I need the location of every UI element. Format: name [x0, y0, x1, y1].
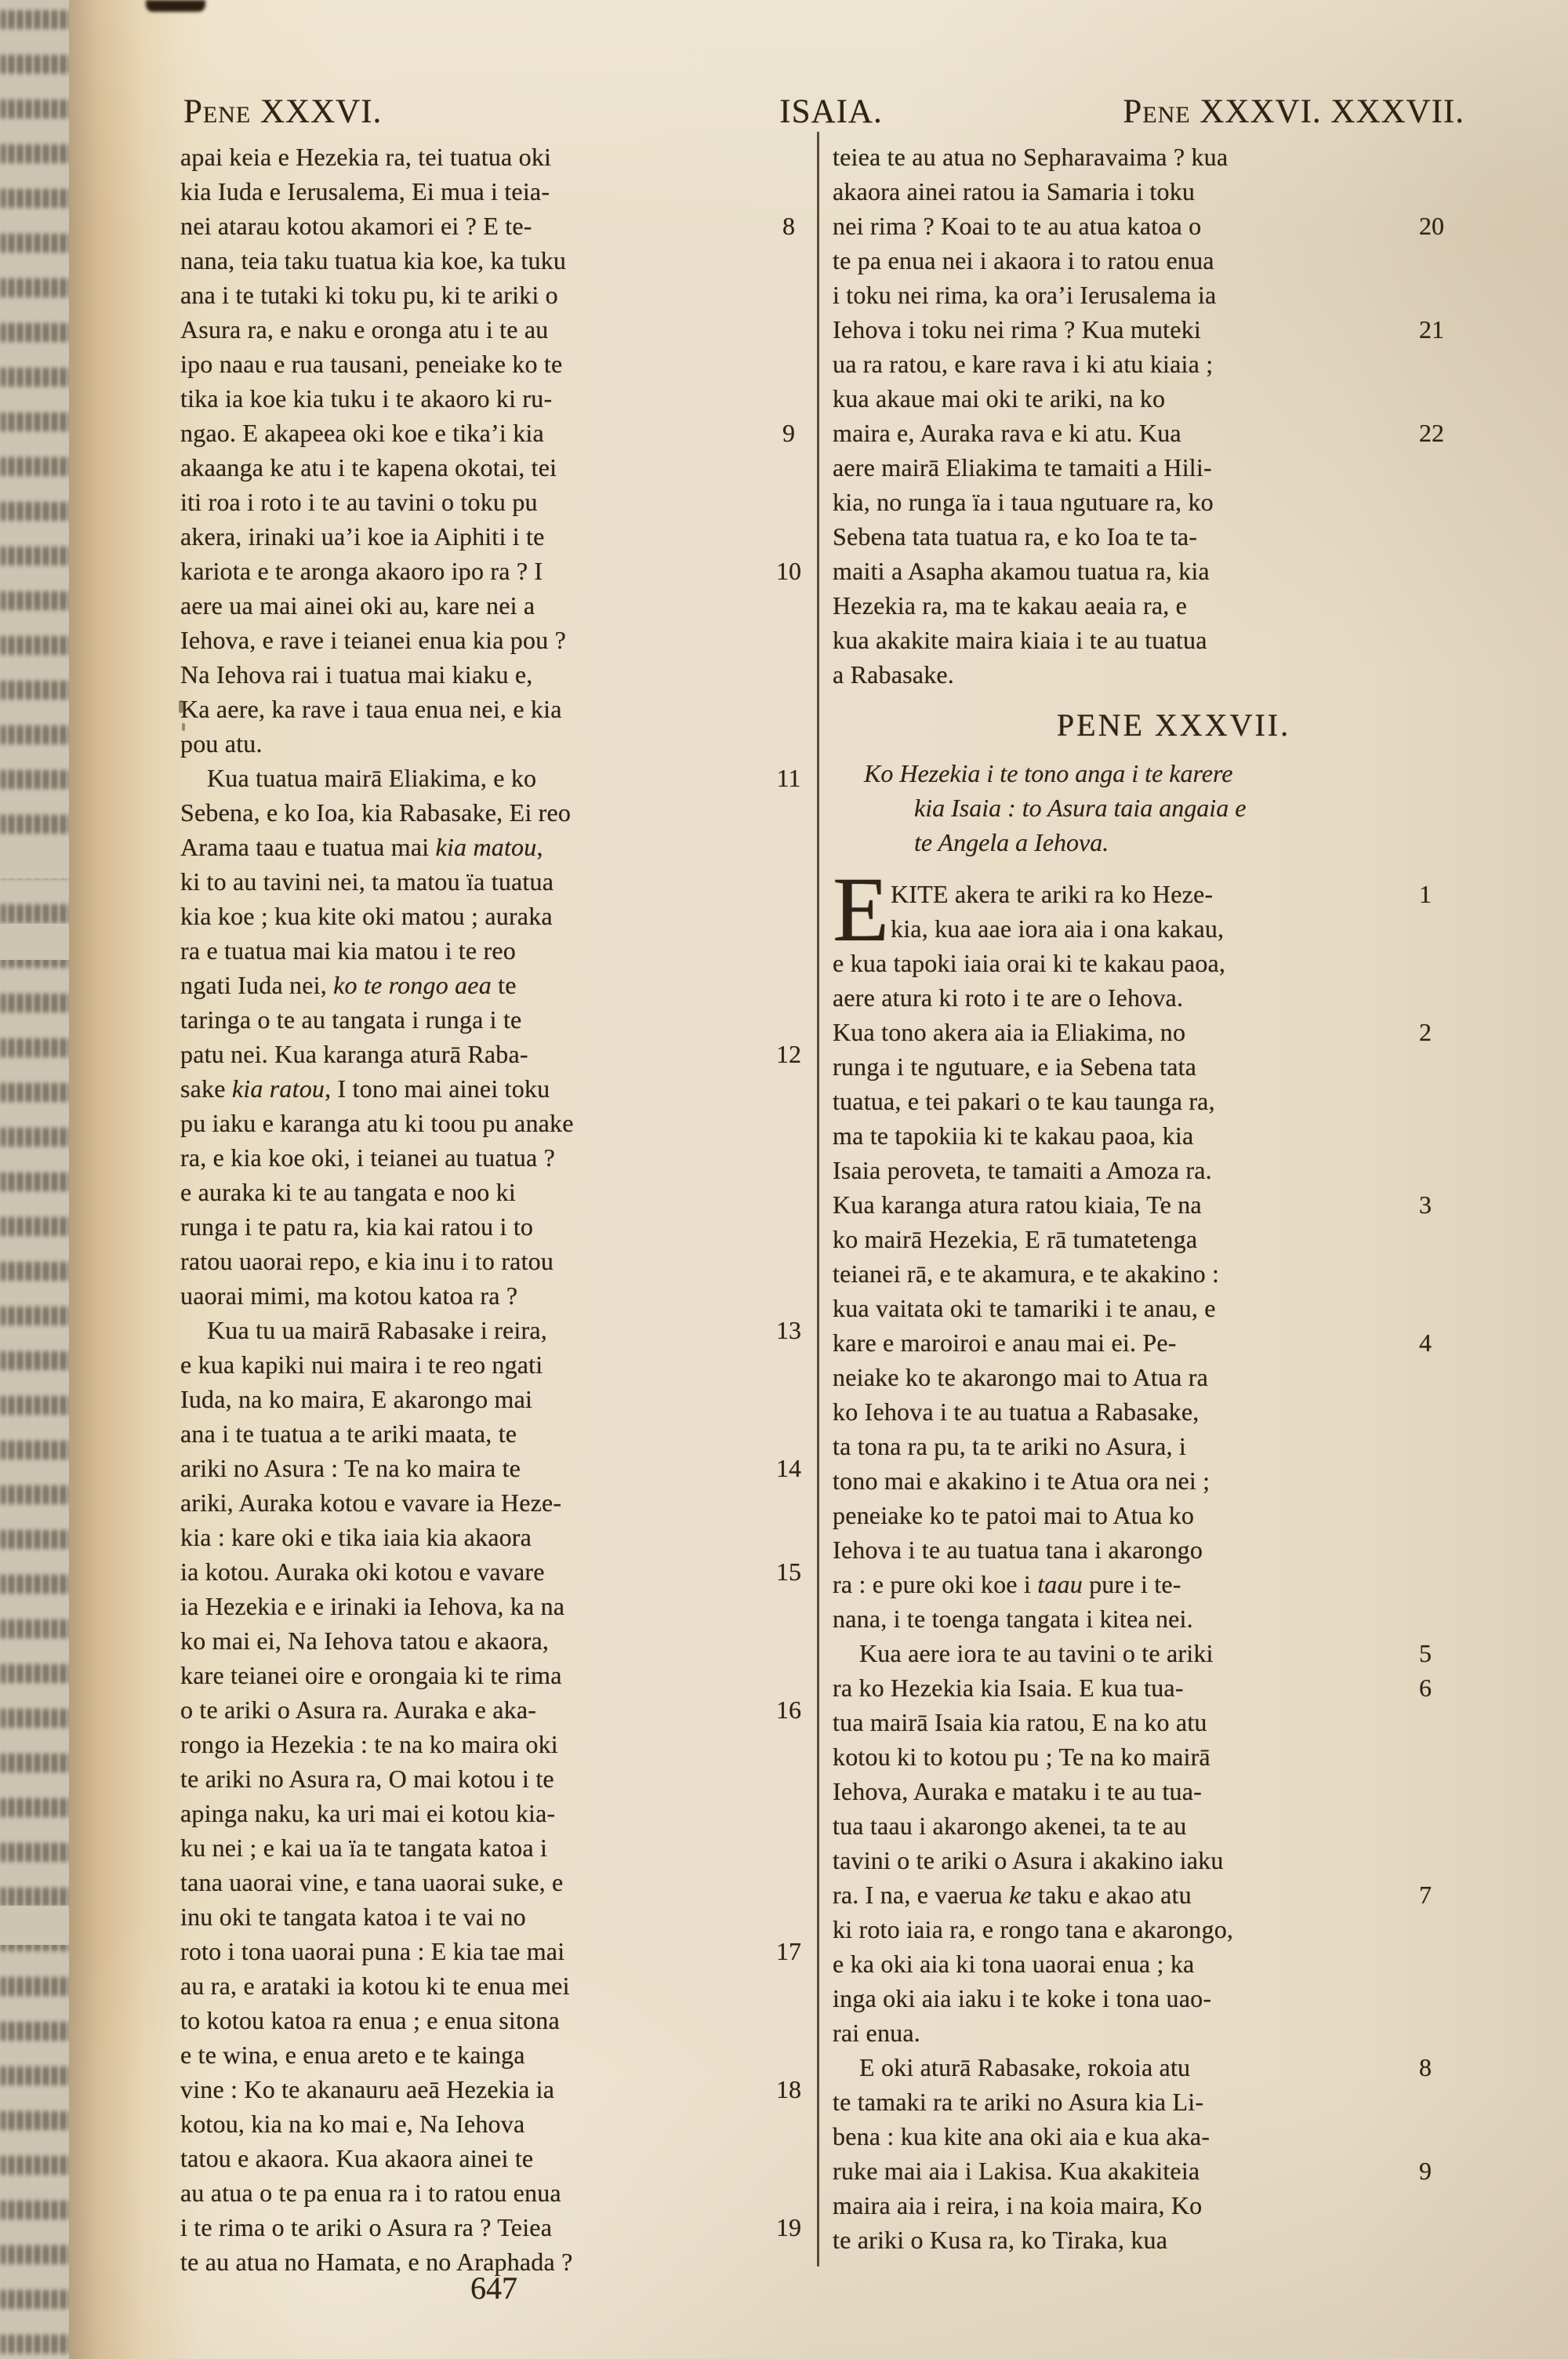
text-line: ko mai ei, Na Iehova tatou e akaora, — [180, 1623, 812, 1658]
verse-number: 19 — [765, 2210, 812, 2245]
verse-text: e ka oki aia ki tona uaorai enua ; ka — [833, 1946, 1414, 1981]
book-photo: Pene XXXVI. ISAIA. Pene XXXVI. XXXVII. a… — [0, 0, 1568, 2359]
verse-number — [1414, 1222, 1465, 1256]
verse-number — [765, 864, 812, 899]
verse-number — [765, 381, 812, 416]
verse-number — [765, 1589, 812, 1623]
page-number: 647 — [423, 2270, 564, 2307]
verse-text: ngati Iuda nei, ko te rongo aea te — [180, 968, 765, 1002]
verse-number — [1414, 450, 1465, 485]
vertical-space — [833, 747, 1465, 756]
verse-text: ra, e kia koe oki, i teianei au tuatua ? — [180, 1140, 765, 1175]
verse-number — [1414, 980, 1465, 1015]
verse-number — [765, 140, 812, 174]
text-line: ia kotou. Auraka oki kotou e vavare15 — [180, 1554, 812, 1589]
text-line: nana, i te toenga tangata i kitea nei. — [833, 1601, 1465, 1636]
verse-number — [765, 2245, 812, 2279]
verse-number: 22 — [1414, 416, 1465, 450]
verse-text: aere atura ki roto i te are o Iehova. — [833, 980, 1414, 1015]
verse-number — [1414, 1256, 1465, 1291]
verse-text: kia : kare oki e tika iaia kia akaora — [180, 1520, 765, 1554]
verse-text: Kua tono akera aia ia Eliakima, no — [833, 1015, 1414, 1049]
verse-text: maira aia i reira, i na koia maira, Ko — [833, 2188, 1414, 2223]
verse-number — [765, 1002, 812, 1037]
verse-number: 16 — [765, 1692, 812, 1727]
verse-number — [1414, 1291, 1465, 1325]
verse-text: kia, no runga ïa i taua ngutuare ra, ko — [833, 485, 1414, 519]
verse-text: Iehova i toku nei rima ? Kua muteki — [833, 312, 1414, 347]
text-line: i te rima o te ariki o Asura ra ? Teiea1… — [180, 2210, 812, 2245]
text-line: aere mairā Eliakima te tamaiti a Hili- — [833, 450, 1465, 485]
text-line: te ariki no Asura ra, O mai kotou i te — [180, 1761, 812, 1796]
verse-number — [765, 1347, 812, 1382]
verse-text: ariki no Asura : Te na ko maira te — [180, 1451, 765, 1485]
verse-number — [1414, 1808, 1465, 1843]
text-line: maira aia i reira, i na koia maira, Ko — [833, 2188, 1465, 2223]
verse-number — [1414, 1601, 1465, 1636]
verse-number — [765, 174, 812, 209]
text-line: Kua aere iora te au tavini o te ariki5 — [833, 1636, 1465, 1670]
verse-text: Na Iehova rai i tuatua mai kiaku e, — [180, 657, 765, 692]
verse-number — [765, 2037, 812, 2072]
verse-number — [765, 692, 812, 726]
verse-number — [1414, 657, 1465, 692]
verse-text: ra e tuatua mai kia matou i te reo — [180, 933, 765, 968]
text-line: ki roto iaia ra, e rongo tana e akarongo… — [833, 1912, 1465, 1946]
verse-text: tika ia koe kia tuku i te akaoro ki ru- — [180, 381, 765, 416]
verse-number — [1414, 2085, 1465, 2119]
verse-text: ki roto iaia ra, e rongo tana e akarongo… — [833, 1912, 1414, 1946]
verse-text: kua akaue mai oki te ariki, na ko — [833, 381, 1414, 416]
text-line: Iuda, na ko maira, E akarongo mai — [180, 1382, 812, 1416]
text-line: Ka aere, ka rave i taua enua nei, e kia — [180, 692, 812, 726]
text-line: a Rabasake. — [833, 657, 1465, 692]
verse-number — [765, 968, 812, 1002]
verse-text: kotou ki to kotou pu ; Te na ko mairā — [833, 1739, 1414, 1774]
verse-text: Kua tu ua mairā Rabasake i reira, — [180, 1313, 765, 1347]
text-line: tatou e akaora. Kua akaora ainei te — [180, 2141, 812, 2175]
text-line: roto i tona uaorai puna : E kia tae mai1… — [180, 1934, 812, 1968]
verse-number — [765, 2141, 812, 2175]
vertical-space — [833, 860, 1465, 877]
verse-number: 3 — [1414, 1187, 1465, 1222]
text-line: ki to au tavini nei, ta matou ïa tuatua — [180, 864, 812, 899]
text-line: ratou uaorai repo, e kia inu i to ratou — [180, 1244, 812, 1278]
verse-text: kariota e te aronga akaoro ipo ra ? I — [180, 554, 765, 588]
chapter-heading: PENE XXXVII. — [833, 704, 1465, 747]
text-line: kia, no runga ïa i taua ngutuare ra, ko — [833, 485, 1465, 519]
verse-text: i toku nei rima, ka ora’i Ierusalema ia — [833, 278, 1414, 312]
verse-text: ko mai ei, Na Iehova tatou e akaora, — [180, 1623, 765, 1658]
verse-text: kia, kua aae iora aia i ona kakau, — [833, 911, 1414, 946]
verse-number — [765, 726, 812, 761]
verse-text: ariki, Auraka kotou e vavare ia Heze- — [180, 1485, 765, 1520]
text-line: ngao. E akapeea oki koe e tika’i kia9 — [180, 416, 812, 450]
verse-text: e kua tapoki iaia orai ki te kakau paoa, — [833, 946, 1414, 980]
text-line: Iehova, Auraka e mataku i te au tua- — [833, 1774, 1465, 1808]
verse-text: Sebena, e ko Ioa, kia Rabasake, Ei reo — [180, 795, 765, 830]
verse-number — [765, 899, 812, 933]
text-line: e kua kapiki nui maira i te reo ngati — [180, 1347, 812, 1382]
verse-text: ko mairā Hezekia, E rā tumatetenga — [833, 1222, 1414, 1256]
verse-text: E oki aturā Rabasake, rokoia atu — [833, 2050, 1414, 2085]
verse-number — [1414, 1981, 1465, 2016]
verse-text: ia Hezekia e e irinaki ia Iehova, ka na — [180, 1589, 765, 1623]
verse-text: bena : kua kite ana oki aia e kua aka- — [833, 2119, 1414, 2154]
verse-text: kare e maroiroi e anau mai ei. Pe- — [833, 1325, 1414, 1360]
verse-text: sake kia ratou, I tono mai ainei toku — [180, 1071, 765, 1106]
facing-page-edge — [0, 0, 75, 2359]
text-line: ia Hezekia e e irinaki ia Iehova, ka na — [180, 1589, 812, 1623]
text-line: inga oki aia iaku i te koke i tona uao- — [833, 1981, 1465, 2016]
verse-text: inu oki te tangata katoa i te vai no — [180, 1899, 765, 1934]
verse-number: 13 — [765, 1313, 812, 1347]
text-line: apai keia e Hezekia ra, tei tuatua oki — [180, 140, 812, 174]
verse-number — [1414, 174, 1465, 209]
verse-text: tana uaorai vine, e tana uaorai suke, e — [180, 1865, 765, 1899]
verse-number — [765, 2003, 812, 2037]
verse-number — [1414, 1153, 1465, 1187]
text-line: e kua tapoki iaia orai ki te kakau paoa, — [833, 946, 1465, 980]
text-line: Asura ra, e naku e oronga atu i te au — [180, 312, 812, 347]
verse-number: 9 — [765, 416, 812, 450]
verse-number — [765, 450, 812, 485]
verse-text: ra. I na, e vaerua ke taku e akao atu — [833, 1877, 1414, 1912]
verse-text: nei atarau kotou akamori ei ? E te- — [180, 209, 765, 243]
text-line: akera, irinaki ua’i koe ia Aiphiti i te — [180, 519, 812, 554]
verse-text: kua akakite maira kiaia i te au tuatua — [833, 623, 1414, 657]
verse-text: te tamaki ra te ariki no Asura kia Li- — [833, 2085, 1414, 2119]
verse-number — [765, 243, 812, 278]
verse-number — [765, 485, 812, 519]
verse-number — [765, 1209, 812, 1244]
chapter-summary-line: te Angela a Iehova. — [864, 825, 1465, 860]
verse-text: aere ua mai ainei oki au, kare nei a — [180, 588, 765, 623]
verse-text: au ra, e arataki ia kotou ki te enua mei — [180, 1968, 765, 2003]
verse-text: pu iaku e karanga atu ki toou pu anake — [180, 1106, 765, 1140]
verse-text: Iehova i te au tuatua tana i akarongo — [833, 1532, 1414, 1567]
verse-number — [1414, 2188, 1465, 2223]
verse-text: runga i te patu ra, kia kai ratou i to — [180, 1209, 765, 1244]
verse-number — [1414, 1739, 1465, 1774]
text-line: e ka oki aia ki tona uaorai enua ; ka — [833, 1946, 1465, 1981]
text-line: Iehova i te au tuatua tana i akarongo — [833, 1532, 1465, 1567]
verse-text: akaora ainei ratou ia Samaria i toku — [833, 174, 1414, 209]
verse-number — [1414, 347, 1465, 381]
text-line: Hezekia ra, ma te kakau aeaia ra, e — [833, 588, 1465, 623]
verse-number — [1414, 1360, 1465, 1394]
verse-number — [1414, 1084, 1465, 1118]
text-line: KITE akera te ariki ra ko Heze-E1 — [833, 877, 1465, 911]
text-line: Kua tu ua mairā Rabasake i reira,13 — [180, 1313, 812, 1347]
text-line: runga i te ngutuare, e ia Sebena tata — [833, 1049, 1465, 1084]
verse-text: ratou uaorai repo, e kia inu i to ratou — [180, 1244, 765, 1278]
verse-number — [1414, 2119, 1465, 2154]
text-line: ra, e kia koe oki, i teianei au tuatua ? — [180, 1140, 812, 1175]
text-line: au ra, e arataki ia kotou ki te enua mei — [180, 1968, 812, 2003]
verse-number — [1414, 140, 1465, 174]
verse-text: ki to au tavini nei, ta matou ïa tuatua — [180, 864, 765, 899]
text-line: Iehova i toku nei rima ? Kua muteki21 — [833, 312, 1465, 347]
verse-text: ana i te tutaki ki toku pu, ki te ariki … — [180, 278, 765, 312]
text-line: ra : e pure oki koe i taau pure i te- — [833, 1567, 1465, 1601]
text-line: tono mai e akakino i te Atua ora nei ; — [833, 1463, 1465, 1498]
verse-text: peneiake ko te patoi mai to Atua ko — [833, 1498, 1414, 1532]
text-line: pou atu. — [180, 726, 812, 761]
verse-text: ku nei ; e kai ua ïa te tangata katoa i — [180, 1830, 765, 1865]
verse-number — [1414, 243, 1465, 278]
verse-text: akera, irinaki ua’i koe ia Aiphiti i te — [180, 519, 765, 554]
text-line: kia koe ; kua kite oki matou ; auraka — [180, 899, 812, 933]
verse-text: uaorai mimi, ma kotou katoa ra ? — [180, 1278, 765, 1313]
verse-number — [765, 312, 812, 347]
verse-number — [1414, 1946, 1465, 1981]
verse-number — [765, 1106, 812, 1140]
text-line: inu oki te tangata katoa i te vai no — [180, 1899, 812, 1934]
verse-text: ra : e pure oki koe i taau pure i te- — [833, 1567, 1414, 1601]
verse-number — [765, 588, 812, 623]
text-line: akaora ainei ratou ia Samaria i toku — [833, 174, 1465, 209]
facing-page-gap — [0, 1906, 75, 1945]
verse-text: tua taau i akarongo akenei, ta te au — [833, 1808, 1414, 1843]
text-line: Kua tono akera aia ia Eliakima, no2 — [833, 1015, 1465, 1049]
text-line: tua taau i akarongo akenei, ta te au — [833, 1808, 1465, 1843]
verse-text: to kotou katoa ra enua ; e enua sitona — [180, 2003, 765, 2037]
verse-text: ruke mai aia i Lakisa. Kua akakiteia — [833, 2154, 1414, 2188]
verse-number — [765, 1658, 812, 1692]
text-line: teiea te au atua no Sepharavaima ? kua — [833, 140, 1465, 174]
verse-number — [1414, 1532, 1465, 1567]
binding-dark-corner — [146, 0, 205, 12]
text-line: ana i te tuatua a te ariki maata, te — [180, 1416, 812, 1451]
verse-text: Asura ra, e naku e oronga atu i te au — [180, 312, 765, 347]
verse-number: 20 — [1414, 209, 1465, 243]
column-divider-rule — [817, 132, 819, 2266]
verse-text: nana, i te toenga tangata i kitea nei. — [833, 1601, 1414, 1636]
verse-number — [765, 2106, 812, 2141]
verse-number — [1414, 381, 1465, 416]
verse-number — [765, 657, 812, 692]
text-line: te pa enua nei i akaora i to ratou enua — [833, 243, 1465, 278]
verse-number — [1414, 588, 1465, 623]
verse-text: te pa enua nei i akaora i to ratou enua — [833, 243, 1414, 278]
verse-text: Hezekia ra, ma te kakau aeaia ra, e — [833, 588, 1414, 623]
verse-text: roto i tona uaorai puna : E kia tae mai — [180, 1934, 765, 1968]
verse-text: ana i te tuatua a te ariki maata, te — [180, 1416, 765, 1451]
text-line: uaorai mimi, ma kotou katoa ra ? — [180, 1278, 812, 1313]
verse-number — [765, 1416, 812, 1451]
text-line: kua akaue mai oki te ariki, na ko — [833, 381, 1465, 416]
verse-text: pou atu. — [180, 726, 765, 761]
text-line: ra ko Hezekia kia Isaia. E kua tua-6 — [833, 1670, 1465, 1705]
text-line: kare e maroiroi e anau mai ei. Pe-4 — [833, 1325, 1465, 1360]
verse-text: i te rima o te ariki o Asura ra ? Teiea — [180, 2210, 765, 2245]
verse-number: 17 — [765, 1934, 812, 1968]
text-line: pu iaku e karanga atu ki toou pu anake — [180, 1106, 812, 1140]
text-line: ra. I na, e vaerua ke taku e akao atu7 — [833, 1877, 1465, 1912]
verse-number — [765, 795, 812, 830]
text-line: teianei rā, e te akamura, e te akakino : — [833, 1256, 1465, 1291]
verse-text: apai keia e Hezekia ra, tei tuatua oki — [180, 140, 765, 174]
verse-text: teianei rā, e te akamura, e te akakino : — [833, 1256, 1414, 1291]
verse-text: ipo naau e rua tausani, peneiake ko te — [180, 347, 765, 381]
verse-number — [1414, 519, 1465, 554]
verse-text: tono mai e akakino i te Atua ora nei ; — [833, 1463, 1414, 1498]
verse-number — [765, 1071, 812, 1106]
text-line: Sebena tata tuatua ra, e ko Ioa te ta- — [833, 519, 1465, 554]
text-line: ta tona ra pu, ta te ariki no Asura, i — [833, 1429, 1465, 1463]
verse-number — [1414, 485, 1465, 519]
text-line: kia, kua aae iora aia i ona kakau, — [833, 911, 1465, 946]
text-line: ariki no Asura : Te na ko maira te14 — [180, 1451, 812, 1485]
chapter-summary-line: kia Isaia : to Asura taia angaia e — [864, 791, 1465, 825]
text-line: tavini o te ariki o Asura i akakino iaku — [833, 1843, 1465, 1877]
verse-number: 21 — [1414, 312, 1465, 347]
text-line: maiti a Asapha akamou tuatua ra, kia — [833, 554, 1465, 588]
verse-text: maira e, Auraka rava e ki atu. Kua — [833, 416, 1414, 450]
text-line: bena : kua kite ana oki aia e kua aka- — [833, 2119, 1465, 2154]
text-line: te tamaki ra te ariki no Asura kia Li- — [833, 2085, 1465, 2119]
text-line: kotou ki to kotou pu ; Te na ko mairā — [833, 1739, 1465, 1774]
text-line: kua akakite maira kiaia i te au tuatua — [833, 623, 1465, 657]
verse-text: ra ko Hezekia kia Isaia. E kua tua- — [833, 1670, 1414, 1705]
text-line: Arama taau e tuatua mai kia matou, — [180, 830, 812, 864]
verse-number — [765, 1727, 812, 1761]
text-line: te ariki o Kusa ra, ko Tiraka, kua — [833, 2223, 1465, 2257]
running-head-left: Pene XXXVI. — [183, 93, 382, 132]
verse-text: teiea te au atua no Sepharavaima ? kua — [833, 140, 1414, 174]
verse-number — [1414, 1463, 1465, 1498]
text-line: vine : Ko te akanauru aeā Hezekia ia18 — [180, 2072, 812, 2106]
verse-text: tua mairā Isaia kia ratou, E na ko atu — [833, 1705, 1414, 1739]
verse-number — [765, 1865, 812, 1899]
running-head-right: Pene XXXVI. XXXVII. — [988, 93, 1465, 132]
text-line: ko Iehova i te au tuatua a Rabasake, — [833, 1394, 1465, 1429]
chapter-summary: Ko Hezekia i te tono anga i te karerekia… — [864, 756, 1465, 860]
text-line: kotou, kia na ko mai e, Na Iehova — [180, 2106, 812, 2141]
verse-text: ma te tapokiia ki te kakau paoa, kia — [833, 1118, 1414, 1153]
verse-number — [765, 1796, 812, 1830]
verse-text: maiti a Asapha akamou tuatua ra, kia — [833, 554, 1414, 588]
text-line: neiake ko te akarongo mai to Atua ra — [833, 1360, 1465, 1394]
text-line: aere atura ki roto i te are o Iehova. — [833, 980, 1465, 1015]
verse-text: Iuda, na ko maira, E akarongo mai — [180, 1382, 765, 1416]
text-line: akaanga ke atu i te kapena okotai, tei — [180, 450, 812, 485]
verse-text: ta tona ra pu, ta te ariki no Asura, i — [833, 1429, 1414, 1463]
text-line: maira e, Auraka rava e ki atu. Kua22 — [833, 416, 1465, 450]
verse-text: au atua o te pa enua ra i to ratou enua — [180, 2175, 765, 2210]
verse-number — [1414, 946, 1465, 980]
verse-number: 6 — [1414, 1670, 1465, 1705]
verse-text: e kua kapiki nui maira i te reo ngati — [180, 1347, 765, 1382]
text-line: e auraka ki te au tangata e noo ki — [180, 1175, 812, 1209]
text-line: rongo ia Hezekia : te na ko maira oki — [180, 1727, 812, 1761]
text-line: kare teianei oire e orongaia ki te rima — [180, 1658, 812, 1692]
text-line: Iehova, e rave i teianei enua kia pou ? — [180, 623, 812, 657]
verse-number — [765, 2175, 812, 2210]
verse-number — [765, 1278, 812, 1313]
facing-page-word-breaks — [0, 0, 75, 2359]
verse-number — [1414, 1498, 1465, 1532]
verse-number — [1414, 1843, 1465, 1877]
text-line: tika ia koe kia tuku i te akaoro ki ru- — [180, 381, 812, 416]
verse-text: kotou, kia na ko mai e, Na Iehova — [180, 2106, 765, 2141]
verse-text: ua ra ratou, e kare rava i ki atu kiaia … — [833, 347, 1414, 381]
text-line: to kotou katoa ra enua ; e enua sitona — [180, 2003, 812, 2037]
text-line: ko mairā Hezekia, E rā tumatetenga — [833, 1222, 1465, 1256]
verse-number — [765, 933, 812, 968]
verse-text: kia koe ; kua kite oki matou ; auraka — [180, 899, 765, 933]
text-line: iti roa i roto i te au tavini o toku pu — [180, 485, 812, 519]
verse-number: 4 — [1414, 1325, 1465, 1360]
text-line: kia Iuda e Ierusalema, Ei mua i teia- — [180, 174, 812, 209]
verse-number: 8 — [1414, 2050, 1465, 2085]
verse-number — [765, 1140, 812, 1175]
verse-text: patu nei. Kua karanga aturā Raba- — [180, 1037, 765, 1071]
verse-text: Kua karanga atura ratou kiaia, Te na — [833, 1187, 1414, 1222]
verse-number — [765, 623, 812, 657]
verse-number — [1414, 1118, 1465, 1153]
text-line: Sebena, e ko Ioa, kia Rabasake, Ei reo — [180, 795, 812, 830]
text-line: au atua o te pa enua ra i to ratou enua — [180, 2175, 812, 2210]
text-line: Na Iehova rai i tuatua mai kiaku e, — [180, 657, 812, 692]
text-line: tua mairā Isaia kia ratou, E na ko atu — [833, 1705, 1465, 1739]
running-head-center: ISAIA. — [753, 93, 909, 132]
text-line: ra e tuatua mai kia matou i te reo — [180, 933, 812, 968]
verse-text: runga i te ngutuare, e ia Sebena tata — [833, 1049, 1414, 1084]
vertical-space — [833, 692, 1465, 704]
verse-number — [765, 1485, 812, 1520]
verse-number — [765, 519, 812, 554]
verse-text: te ariki no Asura ra, O mai kotou i te — [180, 1761, 765, 1796]
verse-number: 18 — [765, 2072, 812, 2106]
verse-text: o te ariki o Asura ra. Auraka e aka- — [180, 1692, 765, 1727]
left-text-column: apai keia e Hezekia ra, tei tuatua okiki… — [180, 140, 812, 2279]
text-line: i toku nei rima, ka ora’i Ierusalema ia — [833, 278, 1465, 312]
text-line: peneiake ko te patoi mai to Atua ko — [833, 1498, 1465, 1532]
text-line: nana, teia taku tuatua kia koe, ka tuku — [180, 243, 812, 278]
verse-number — [1414, 2016, 1465, 2050]
verse-text: Kua aere iora te au tavini o te ariki — [833, 1636, 1414, 1670]
verse-text: Ka aere, ka rave i taua enua nei, e kia — [180, 692, 765, 726]
verse-text: iti roa i roto i te au tavini o toku pu — [180, 485, 765, 519]
verse-text: rongo ia Hezekia : te na ko maira oki — [180, 1727, 765, 1761]
text-line: ariki, Auraka kotou e vavare ia Heze- — [180, 1485, 812, 1520]
verse-number — [765, 1968, 812, 2003]
verse-number — [1414, 1429, 1465, 1463]
text-line: aere ua mai ainei oki au, kare nei a — [180, 588, 812, 623]
verse-text: Iehova, Auraka e mataku i te au tua- — [833, 1774, 1414, 1808]
verse-number — [1414, 1567, 1465, 1601]
verse-number: 12 — [765, 1037, 812, 1071]
verse-text: nana, teia taku tuatua kia koe, ka tuku — [180, 243, 765, 278]
verse-number — [765, 1244, 812, 1278]
verse-text: te ariki o Kusa ra, ko Tiraka, kua — [833, 2223, 1414, 2257]
text-line: Kua tuatua mairā Eliakima, e ko11 — [180, 761, 812, 795]
verse-text: tavini o te ariki o Asura i akakino iaku — [833, 1843, 1414, 1877]
verse-number: 8 — [765, 209, 812, 243]
verse-number — [765, 1382, 812, 1416]
verse-text: ko Iehova i te au tuatua a Rabasake, — [833, 1394, 1414, 1429]
verse-number — [1414, 2223, 1465, 2257]
verse-text: a Rabasake. — [833, 657, 1414, 692]
text-line: ua ra ratou, e kare rava i ki atu kiaia … — [833, 347, 1465, 381]
verse-text: akaanga ke atu i te kapena okotai, tei — [180, 450, 765, 485]
verse-text: KITE akera te ariki ra ko Heze-E — [833, 877, 1414, 911]
text-line: patu nei. Kua karanga aturā Raba-12 — [180, 1037, 812, 1071]
text-line: kia : kare oki e tika iaia kia akaora — [180, 1520, 812, 1554]
verse-number — [765, 1623, 812, 1658]
